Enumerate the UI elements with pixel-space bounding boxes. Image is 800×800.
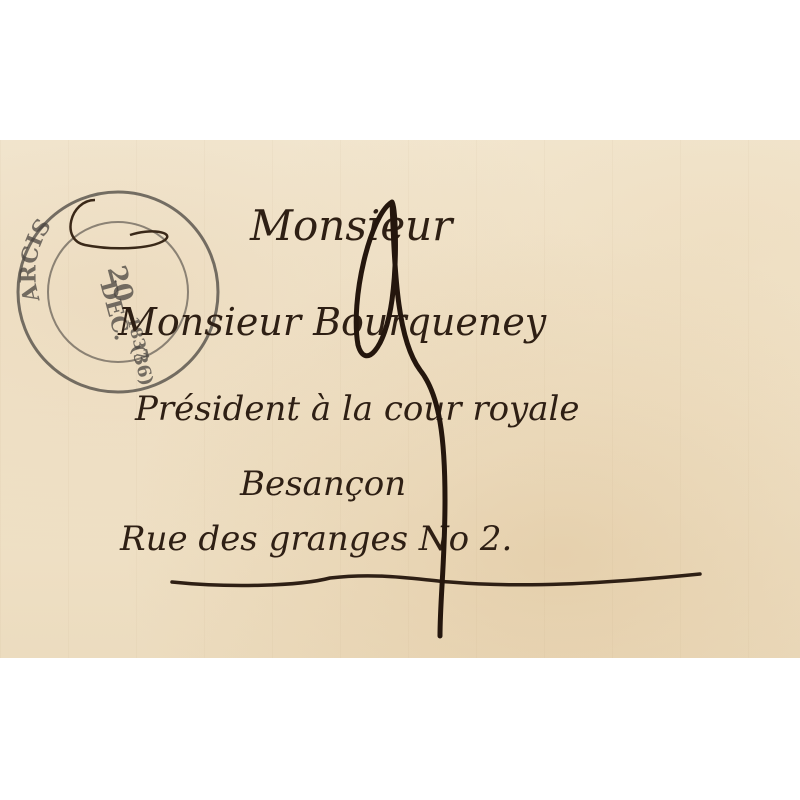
address-line-2: Monsieur Bourqueney	[117, 300, 547, 344]
address-underline	[172, 574, 700, 585]
postmark-department: (36)	[126, 342, 157, 388]
address-line-5: Rue des granges No 2.	[119, 519, 512, 559]
address-line-3: Président à la cour royale	[134, 389, 580, 429]
address-line-4: Besançon	[239, 464, 406, 504]
postmark-stamp: ARCIS 20 DEC. 1837 (36)	[15, 192, 218, 392]
address-line-1: Monsieur	[249, 201, 455, 250]
monogram-flourish	[71, 200, 168, 248]
letter-ink-layer: ARCIS 20 DEC. 1837 (36) Monsieur Monsieu…	[0, 0, 800, 800]
postmark-town: ARCIS	[15, 214, 56, 306]
